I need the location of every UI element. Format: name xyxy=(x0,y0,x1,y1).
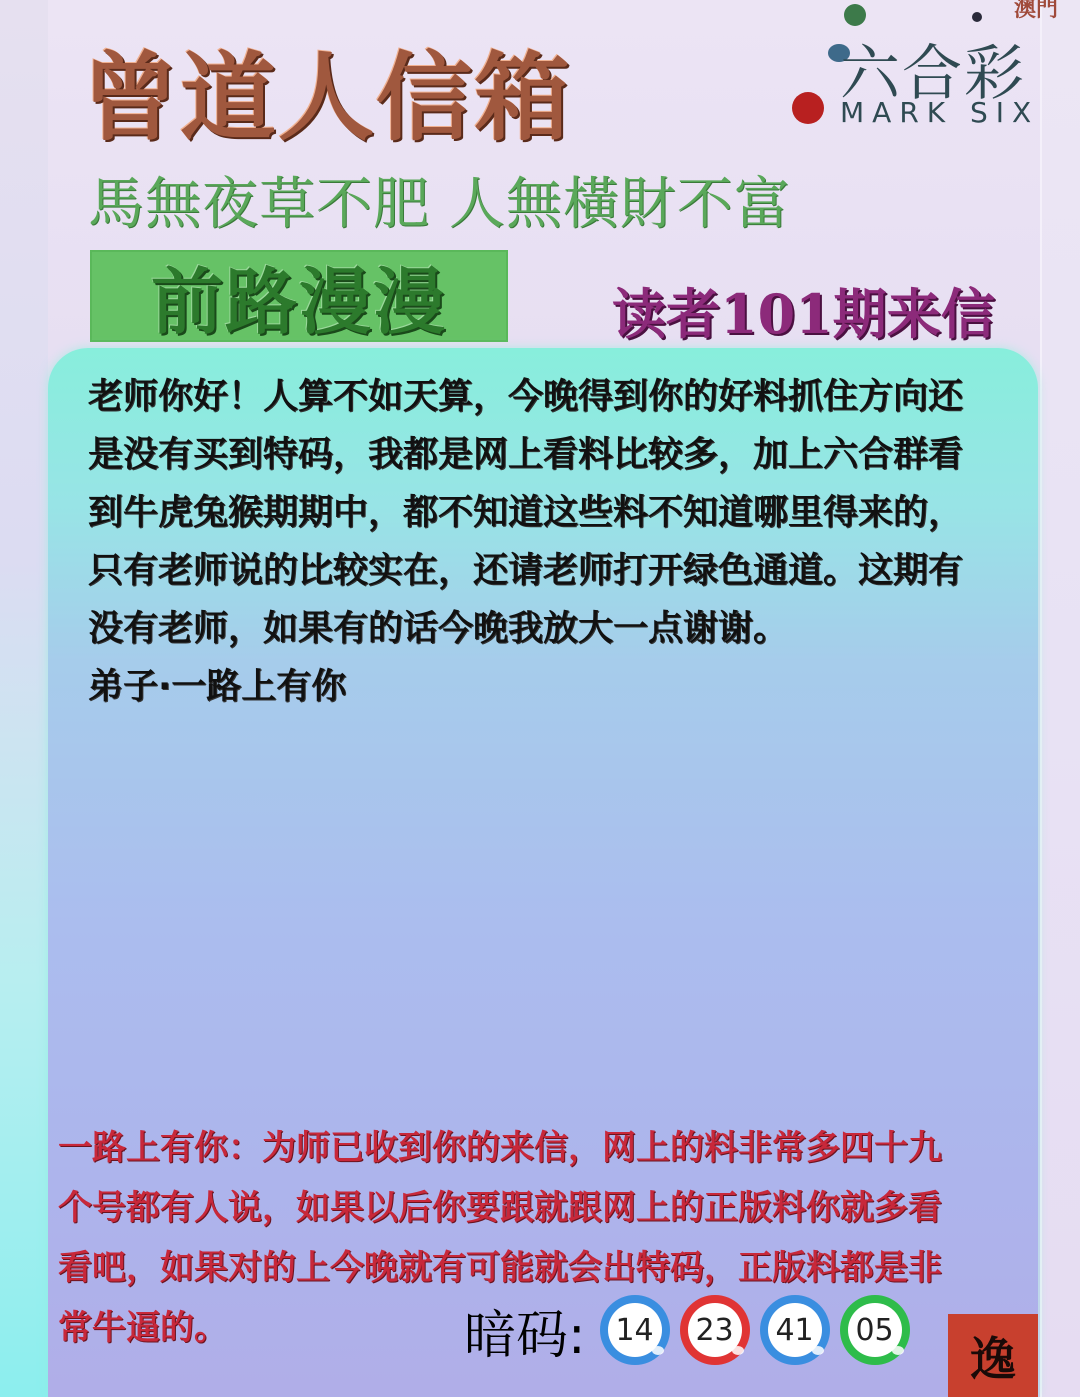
letter-line: 没有老师，如果有的话今晚我放大一点谢谢。 xyxy=(88,600,1033,658)
secret-code-label: 暗码: xyxy=(464,1293,586,1368)
section-label: 前路漫漫 xyxy=(151,244,447,348)
lottery-ball: 23 xyxy=(680,1295,750,1365)
ball-shine-icon xyxy=(652,1346,664,1355)
logo-name-en: MARK SIX xyxy=(840,96,1039,129)
secret-code-row: 暗码: 14 23 41 05 xyxy=(464,1290,910,1370)
letter-signature: 弟子·一路上有你 xyxy=(88,658,1033,716)
reply-line: 一路上有你：为师已收到你的来信，网上的料非常多四十九 xyxy=(58,1118,1028,1178)
reader-letter: 老师你好！人算不如天算，今晚得到你的好料抓住方向还 是没有买到特码，我都是网上看… xyxy=(88,368,1033,716)
letter-line: 到牛虎兔猴期期中，都不知道这些料不知道哪里得来的， xyxy=(88,484,1033,542)
issue-label: 读者101期来信 xyxy=(612,272,995,349)
proverb-subtitle: 馬無夜草不肥 人無橫財不富 xyxy=(88,160,791,240)
logo-dot-dark-icon xyxy=(972,12,982,22)
ball-shine-icon xyxy=(892,1346,904,1355)
lottery-ball: 05 xyxy=(840,1295,910,1365)
logo-region: 澳門 xyxy=(1014,0,1058,23)
logo-dot-green-icon xyxy=(844,4,866,26)
letter-line: 老师你好！人算不如天算，今晚得到你的好料抓住方向还 xyxy=(88,368,1033,426)
seal-char: 逸 xyxy=(970,1323,1016,1389)
ball-shine-icon xyxy=(812,1346,824,1355)
letter-line: 是没有买到特码，我都是网上看料比较多，加上六合群看 xyxy=(88,426,1033,484)
lottery-ball: 41 xyxy=(760,1295,830,1365)
mark-six-logo: 澳門 六合彩 MARK SIX xyxy=(780,0,1080,140)
logo-dot-red-icon xyxy=(792,92,824,124)
reply-line: 个号都有人说，如果以后你要跟就跟网上的正版料你就多看 xyxy=(58,1178,1028,1238)
ball-shine-icon xyxy=(732,1346,744,1355)
lottery-ball: 14 xyxy=(600,1295,670,1365)
section-banner: 前路漫漫 xyxy=(90,250,508,342)
right-edge-strip xyxy=(1040,0,1080,1397)
page-title: 曾道人信箱 xyxy=(82,22,572,159)
seal-stamp: 逸 xyxy=(948,1314,1038,1397)
left-edge-strip xyxy=(0,0,48,1397)
letter-line: 只有老师说的比较实在，还请老师打开绿色通道。这期有 xyxy=(88,542,1033,600)
reply-line: 看吧，如果对的上今晚就有可能就会出特码，正版料都是非 xyxy=(58,1238,1028,1298)
